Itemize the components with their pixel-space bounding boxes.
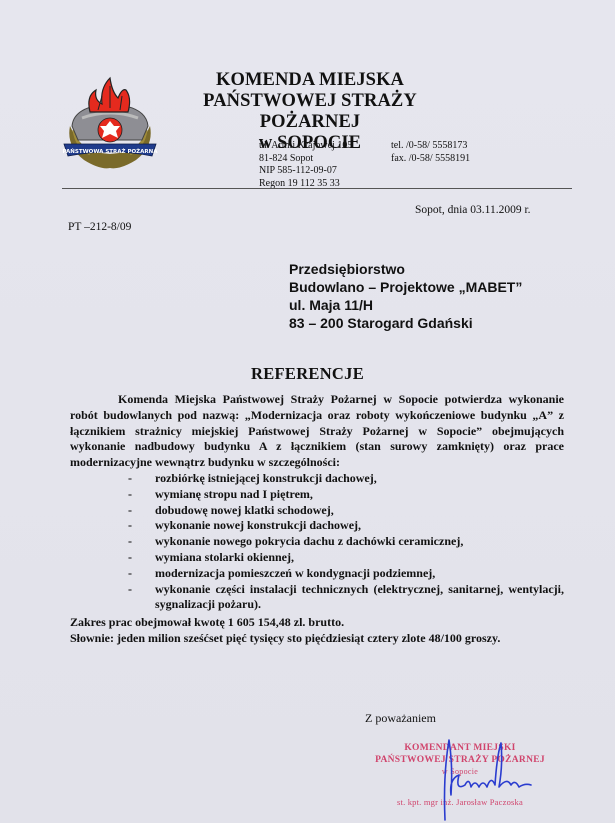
recipient-line-2: Budowlano – Projektowe „MABET”	[289, 278, 522, 296]
document-body: Komenda Miejska Państwowej Straży Pożarn…	[70, 392, 564, 613]
document-date: Sopot, dnia 03.11.2009 r.	[415, 204, 531, 216]
recipient-address: Przedsiębiorstwo Budowlano – Projektowe …	[289, 260, 522, 332]
address-nip: NIP 585-112-09-07	[259, 165, 352, 178]
address-block: ul. Armii Krajowej 105 81-824 Sopot NIP …	[259, 140, 352, 190]
title-line-2: PAŃSTWOWEJ STRAŻY POŻARNEJ	[160, 91, 460, 133]
amount-section: Zakres prac obejmował kwotę 1 605 154,48…	[70, 615, 500, 646]
salutation: Z poważaniem	[365, 711, 436, 726]
recipient-line-4: 83 – 200 Starogard Gdański	[289, 314, 522, 332]
intro-paragraph: Komenda Miejska Państwowej Straży Pożarn…	[70, 392, 564, 471]
contact-tel: tel. /0-58/ 5558173	[391, 140, 470, 153]
document-page: PAŃSTWOWA STRAŻ POŻARNA KOMENDA MIEJSKA …	[0, 0, 615, 823]
contact-block: tel. /0-58/ 5558173 fax. /0-58/ 5558191	[391, 140, 470, 165]
fire-service-emblem-icon: PAŃSTWOWA STRAŻ POŻARNA	[62, 74, 158, 174]
contact-fax: fax. /0-58/ 5558191	[391, 153, 470, 166]
recipient-line-1: Przedsiębiorstwo	[289, 260, 522, 278]
list-item: -rozbiórkę istniejącej konstrukcji dacho…	[70, 471, 564, 487]
amount-words: Słownie: jeden milion sześćset pięć tysi…	[70, 631, 500, 647]
document-title: REFERENCJE	[0, 364, 615, 384]
list-item: -wymianę stropu nad I piętrem,	[70, 487, 564, 503]
recipient-line-3: ul. Maja 11/H	[289, 296, 522, 314]
header-divider	[62, 188, 572, 189]
works-list: -rozbiórkę istniejącej konstrukcji dacho…	[70, 471, 564, 613]
title-line-1: KOMENDA MIEJSKA	[160, 70, 460, 91]
logo-ribbon-text: PAŃSTWOWA STRAŻ POŻARNA	[63, 147, 159, 155]
list-item: -wykonanie części instalacji technicznyc…	[70, 582, 564, 614]
list-item: -dobudowę nowej klatki schodowej,	[70, 503, 564, 519]
reference-number: PT –212-8/09	[68, 221, 131, 233]
list-item: -wykonanie nowego pokrycia dachu z dachó…	[70, 534, 564, 550]
list-item: -wykonanie nowej konstrukcji dachowej,	[70, 518, 564, 534]
address-street: ul. Armii Krajowej 105	[259, 140, 352, 153]
amount-line: Zakres prac obejmował kwotę 1 605 154,48…	[70, 615, 500, 631]
list-item: -modernizacja pomieszczeń w kondygnacji …	[70, 566, 564, 582]
address-city: 81-824 Sopot	[259, 153, 352, 166]
list-item: -wymiana stolarki okiennej,	[70, 550, 564, 566]
handwritten-signature-icon	[425, 735, 545, 823]
